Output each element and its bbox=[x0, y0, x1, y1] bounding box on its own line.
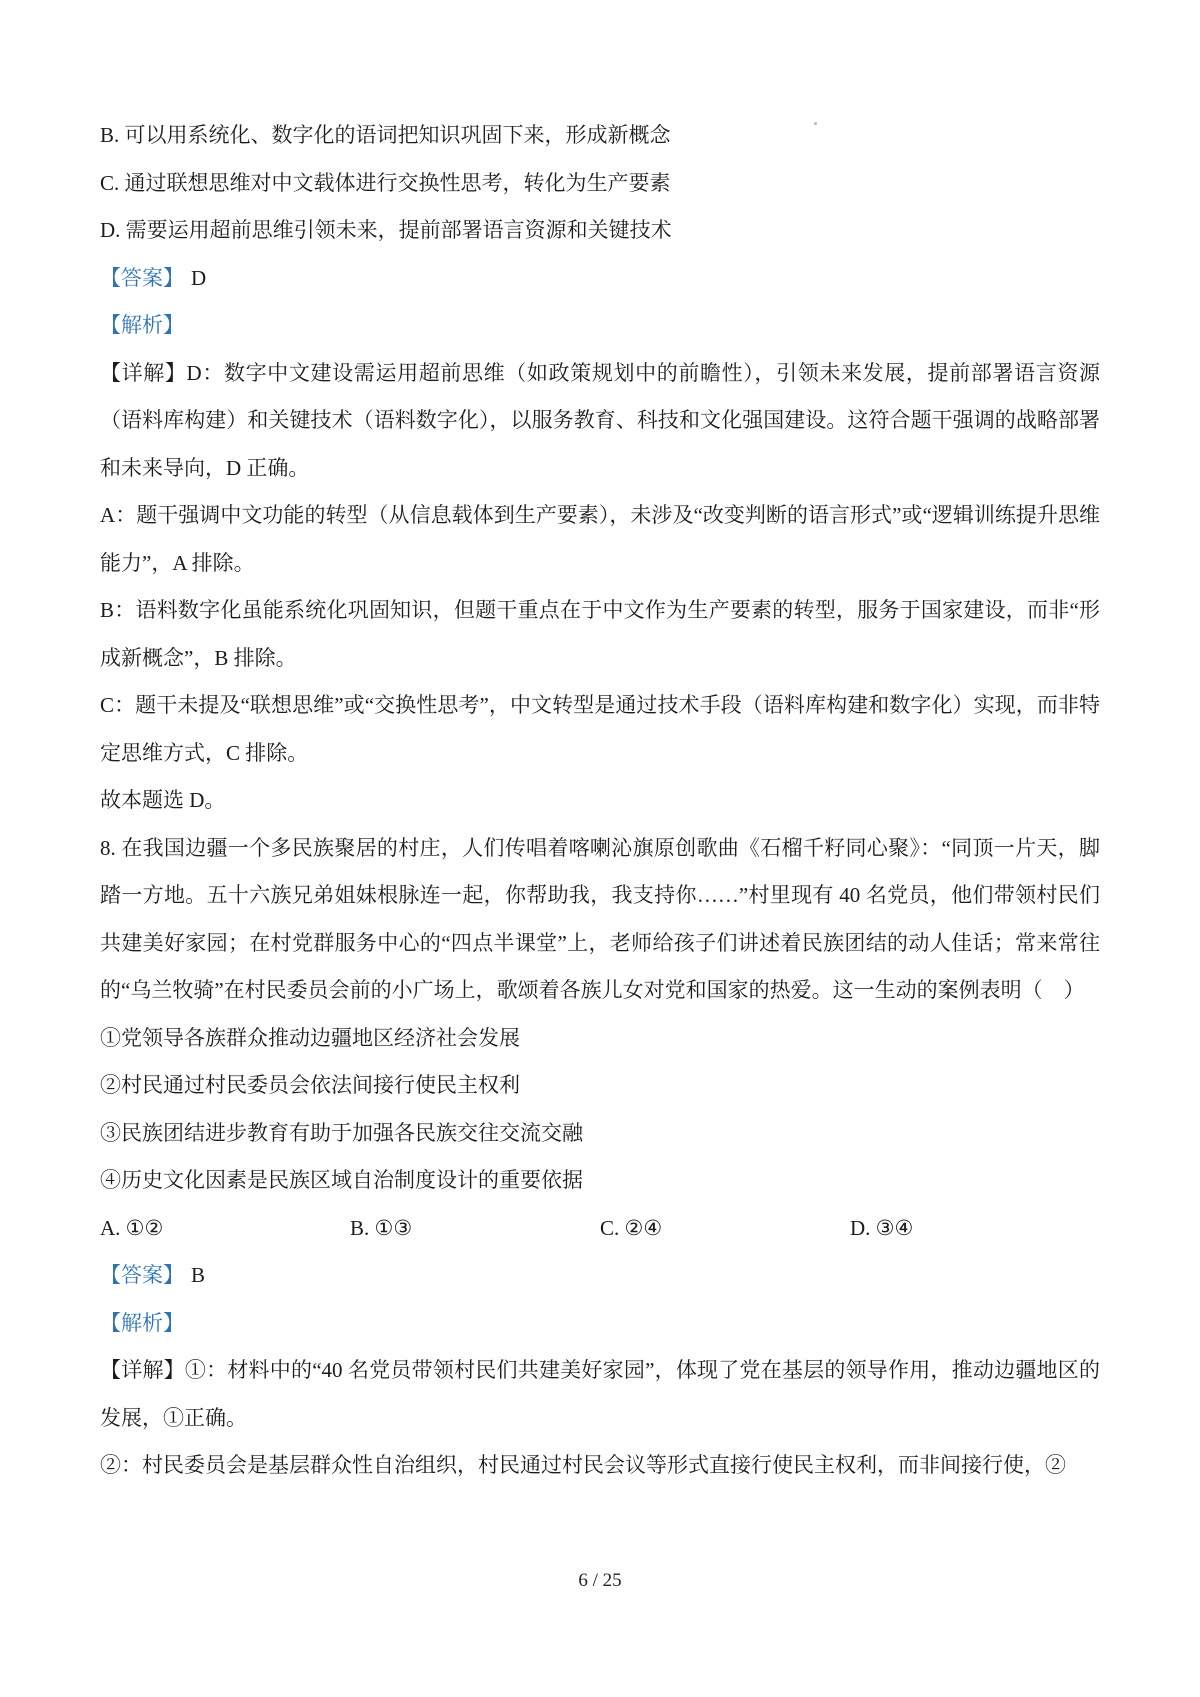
q7-detail-d: 【详解】D：数字中文建设需运用超前思维（如政策规划中的前瞻性），引领未来发展，提… bbox=[100, 350, 1100, 493]
analysis-label: 【解析】 bbox=[100, 313, 184, 337]
q7-option-c: C. 通过联想思维对中文载体进行交换性思考，转化为生产要素 bbox=[100, 160, 1100, 208]
q7-option-b: B. 可以用系统化、数字化的语词把知识巩固下来，形成新概念 bbox=[100, 112, 1100, 160]
q8-answer-line: 【答案】B bbox=[100, 1252, 1100, 1300]
q8-choice-b: B. ①③ bbox=[350, 1205, 600, 1253]
q8-choice-d: D. ③④ bbox=[850, 1205, 913, 1253]
q7-detail-a: A：题干强调中文功能的转型（从信息载体到生产要素），未涉及“改变判断的语言形式”… bbox=[100, 492, 1100, 587]
analysis-label: 【解析】 bbox=[100, 1311, 184, 1335]
q7-detail-b: B：语料数字化虽能系统化巩固知识，但题干重点在于中文作为生产要素的转型，服务于国… bbox=[100, 587, 1100, 682]
q7-answer-value: D bbox=[191, 266, 206, 290]
page-number: 6 / 25 bbox=[0, 1566, 1200, 1596]
q7-detail-c: C：题干未提及“联想思维”或“交换性思考”，中文转型是通过技术手段（语料库构建和… bbox=[100, 682, 1100, 777]
q8-statement-1: ①党领导各族群众推动边疆地区经济社会发展 bbox=[100, 1015, 1100, 1063]
q7-answer-line: 【答案】D bbox=[100, 255, 1100, 303]
q8-statement-4: ④历史文化因素是民族区域自治制度设计的重要依据 bbox=[100, 1157, 1100, 1205]
answer-label: 【答案】 bbox=[100, 1263, 184, 1287]
q7-analysis-line: 【解析】 bbox=[100, 302, 1100, 350]
q7-option-d: D. 需要运用超前思维引领未来，提前部署语言资源和关键技术 bbox=[100, 207, 1100, 255]
q8-choice-c: C. ②④ bbox=[600, 1205, 850, 1253]
q8-detail-2: ②：村民委员会是基层群众性自治组织，村民通过村民会议等形式直接行使民主权利，而非… bbox=[100, 1442, 1100, 1490]
q8-answer-value: B bbox=[191, 1263, 205, 1287]
page-content: B. 可以用系统化、数字化的语词把知识巩固下来，形成新概念 C. 通过联想思维对… bbox=[100, 112, 1100, 1490]
q7-conclusion: 故本题选 D。 bbox=[100, 777, 1100, 825]
q8-stem: 8. 在我国边疆一个多民族聚居的村庄，人们传唱着喀喇沁旗原创歌曲《石榴千籽同心聚… bbox=[100, 825, 1100, 1015]
q8-statement-3: ③民族团结进步教育有助于加强各民族交往交流交融 bbox=[100, 1110, 1100, 1158]
q8-choice-a: A. ①② bbox=[100, 1205, 350, 1253]
q8-statement-2: ②村民通过村民委员会依法间接行使民主权利 bbox=[100, 1062, 1100, 1110]
scan-artifact-dot bbox=[814, 122, 817, 125]
q8-detail-1: 【详解】①：材料中的“40 名党员带领村民们共建美好家园”，体现了党在基层的领导… bbox=[100, 1347, 1100, 1442]
q8-choices-row: A. ①② B. ①③ C. ②④ D. ③④ bbox=[100, 1205, 1100, 1253]
q8-analysis-line: 【解析】 bbox=[100, 1300, 1100, 1348]
answer-label: 【答案】 bbox=[100, 266, 184, 290]
